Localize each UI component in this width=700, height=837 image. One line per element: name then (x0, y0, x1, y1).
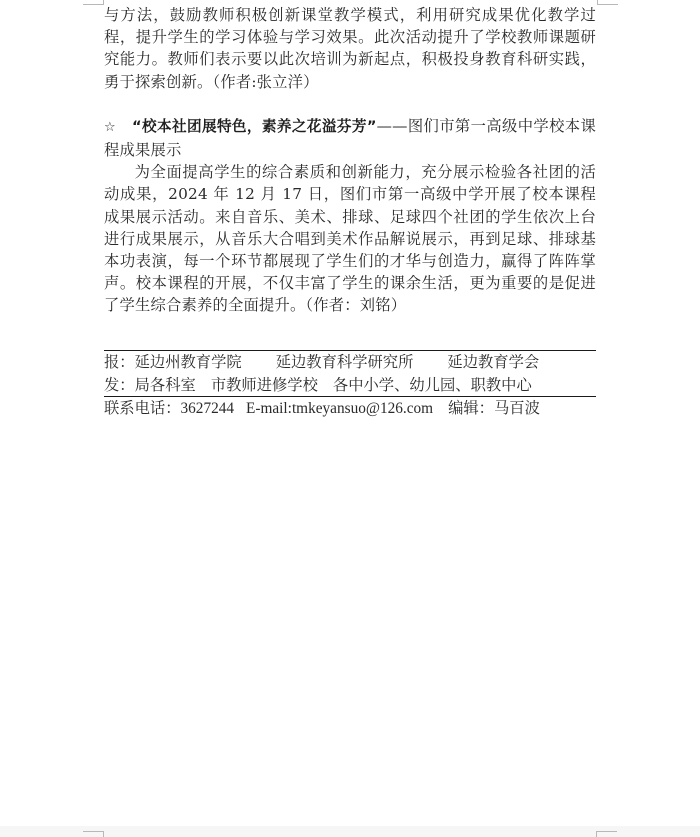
article-2-body: 为全面提高学生的综合素质和创新能力，充分展示检验各社团的活动成果，2024 年 … (104, 161, 596, 316)
star-bullet-icon: ☆ (104, 117, 132, 139)
section-spacer (104, 93, 596, 115)
send-recipient: 各中小学、幼儿园、职教中心 (333, 374, 532, 397)
report-recipient: 延边州教育学院 (135, 351, 242, 374)
crop-mark-bottom-left (83, 831, 104, 837)
article-2-title: “校本社团展特色，素养之花溢芬芳” (132, 118, 377, 135)
report-recipient: 延边教育科学研究所 (276, 351, 414, 374)
footer-send-row: 发：局各科室市教师进修学校各中小学、幼儿园、职教中心 (104, 374, 596, 397)
phone-label: 联系电话： (104, 397, 181, 420)
editor-label: 编辑： (448, 397, 494, 420)
report-label: 报： (104, 351, 135, 374)
crop-mark-top-left (83, 0, 104, 5)
editor-name: 马百波 (494, 397, 540, 420)
crop-mark-bottom-right (596, 831, 617, 837)
send-recipient: 局各科室 (135, 374, 196, 397)
crop-mark-top-right (597, 0, 618, 5)
article-1-continuation: 与方法，鼓励教师积极创新课堂教学模式，利用研究成果优化教学过程，提升学生的学习体… (104, 4, 596, 93)
article-2-heading: ☆“校本社团展特色，素养之花溢芬芳”——图们市第一高级中学校本课程成果展示 (104, 115, 596, 161)
document-body: 与方法，鼓励教师积极创新课堂教学模式，利用研究成果优化教学过程，提升学生的学习体… (104, 4, 596, 317)
phone-number: 3627244 (181, 398, 235, 421)
email-address: tmkeyansuo@126.com (292, 398, 433, 421)
footer-contact-row: 联系电话：3627244E-mail:tmkeyansuo@126.com编辑：… (104, 397, 596, 421)
page-bottom-margin (0, 826, 700, 837)
footer-report-row: 报：延边州教育学院延边教育科学研究所延边教育学会 (104, 351, 596, 374)
document-footer: 报：延边州教育学院延边教育科学研究所延边教育学会 发：局各科室市教师进修学校各中… (104, 350, 596, 421)
send-label: 发： (104, 374, 135, 397)
send-recipient: 市教师进修学校 (211, 374, 318, 397)
report-recipient: 延边教育学会 (447, 351, 539, 374)
email-label: E-mail: (246, 398, 292, 421)
